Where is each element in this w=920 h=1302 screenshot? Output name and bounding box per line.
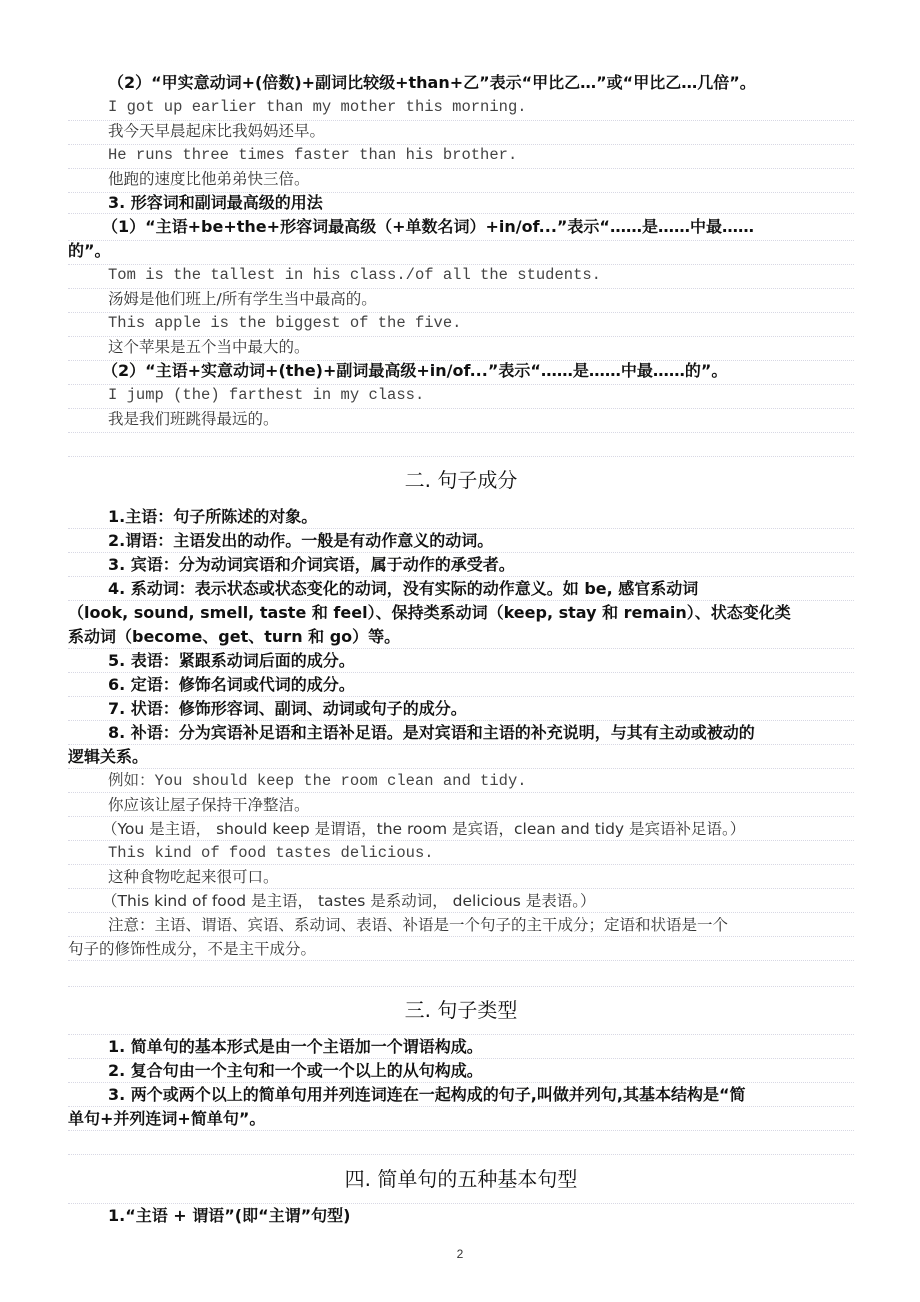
- rule-line: [68, 960, 854, 961]
- section-title: 二. 句子成分: [68, 466, 854, 494]
- example-sentence-cn: 这种食物吃起来很可口。: [68, 866, 854, 888]
- rule-heading: （2）“甲实意动词+(倍数)+副词比较级+than+乙”表示“甲比乙…”或“甲比…: [68, 72, 854, 94]
- page-number: 2: [0, 1247, 920, 1261]
- example-analysis: （This kind of food 是主语， tastes 是系动词， del…: [68, 890, 854, 912]
- list-item: 3. 宾语：分为动词宾语和介词宾语，属于动作的承受者。: [68, 554, 854, 576]
- list-item: 2.谓语：主语发出的动作。一般是有动作意义的动词。: [68, 530, 854, 552]
- example-sentence-en: This kind of food tastes delicious.: [68, 842, 854, 864]
- rule-line: [68, 840, 854, 841]
- rule-line: [68, 456, 854, 457]
- rule-line: [68, 552, 854, 553]
- rule-line: [68, 816, 854, 817]
- example-sentence-en: 例如：You should keep the room clean and ti…: [68, 770, 854, 792]
- document-page: （2）“甲实意动词+(倍数)+副词比较级+than+乙”表示“甲比乙…”或“甲比…: [0, 0, 920, 1302]
- rule-line: [68, 864, 854, 865]
- example-sentence-cn: 我今天早晨起床比我妈妈还早。: [68, 120, 854, 142]
- list-item-cont: 逻辑关系。: [68, 746, 854, 768]
- list-item: 3. 两个或两个以上的简单句用并列连词连在一起构成的句子,叫做并列句,其基本结构…: [68, 1084, 854, 1106]
- example-sentence-en: I jump (the) farthest in my class.: [68, 384, 854, 406]
- rule-line: [68, 936, 854, 937]
- section-title: 四. 简单句的五种基本句型: [68, 1165, 854, 1193]
- rule-line: [68, 888, 854, 889]
- rule-line: [68, 648, 854, 649]
- rule-line: [68, 792, 854, 793]
- rule-heading-cont: 的”。: [68, 240, 854, 262]
- rule-line: [68, 1058, 854, 1059]
- example-sentence-en: This apple is the biggest of the five.: [68, 312, 854, 334]
- rule-heading: （2）“主语+实意动词+(the)+副词最高级+in/of...”表示“……是……: [68, 360, 854, 382]
- rule-line: [68, 720, 854, 721]
- rule-line: [68, 576, 854, 577]
- list-item-cont: 单句+并列连词+简单句”。: [68, 1108, 854, 1130]
- rule-line: [68, 600, 854, 601]
- example-sentence-cn: 我是我们班跳得最远的。: [68, 408, 854, 430]
- example-sentence-cn: 他跑的速度比他弟弟快三倍。: [68, 168, 854, 190]
- rule-line: [68, 432, 854, 433]
- list-item: 8. 补语：分为宾语补足语和主语补足语。是对宾语和主语的补充说明，与其有主动或被…: [68, 722, 854, 744]
- rule-line: [68, 744, 854, 745]
- list-item: 1.主语：句子所陈述的对象。: [68, 506, 854, 528]
- list-item: 5. 表语：紧跟系动词后面的成分。: [68, 650, 854, 672]
- list-item: 7. 状语：修饰形容词、副词、动词或句子的成分。: [68, 698, 854, 720]
- example-sentence-en: I got up earlier than my mother this mor…: [68, 96, 854, 118]
- list-item: 2. 复合句由一个主句和一个或一个以上的从句构成。: [68, 1060, 854, 1082]
- list-item-cont: 系动词（become、get、turn 和 go）等。: [68, 626, 854, 648]
- example-analysis: （You 是主语， should keep 是谓语，the room 是宾语，c…: [68, 818, 854, 840]
- rule-line: [68, 1106, 854, 1107]
- example-sentence-cn: 汤姆是他们班上/所有学生当中最高的。: [68, 288, 854, 310]
- note: 注意：主语、谓语、宾语、系动词、表语、补语是一个句子的主干成分；定语和状语是一个: [68, 914, 854, 936]
- list-item: 4. 系动词：表示状态或状态变化的动词，没有实际的动作意义。如 be, 感官系动…: [68, 578, 854, 600]
- rule-line: [68, 1034, 854, 1035]
- list-item: 1.“主语 + 谓语”(即“主谓”句型): [68, 1205, 854, 1227]
- rule-line: [68, 696, 854, 697]
- rule-heading: （1）“主语+be+the+形容词最高级（+单数名词）+in/of...”表示“…: [68, 216, 854, 238]
- example-sentence-en: Tom is the tallest in his class./of all …: [68, 264, 854, 286]
- list-item: 6. 定语：修饰名词或代词的成分。: [68, 674, 854, 696]
- rule-line: [68, 528, 854, 529]
- rule-line: [68, 1082, 854, 1083]
- section-title: 三. 句子类型: [68, 996, 854, 1024]
- rule-line: [68, 986, 854, 987]
- rule-line: [68, 672, 854, 673]
- rule-line: [68, 1130, 854, 1131]
- rule-line: [68, 768, 854, 769]
- example-sentence-cn: 你应该让屋子保持干净整洁。: [68, 794, 854, 816]
- example-sentence-en: He runs three times faster than his brot…: [68, 144, 854, 166]
- rule-line: [68, 1203, 854, 1204]
- rule-line: [68, 912, 854, 913]
- list-item: 1. 简单句的基本形式是由一个主语加一个谓语构成。: [68, 1036, 854, 1058]
- rule-line: [68, 1154, 854, 1155]
- list-item-cont: （look, sound, smell, taste 和 feel）、保持类系动…: [68, 602, 854, 624]
- note-cont: 句子的修饰性成分，不是主干成分。: [68, 938, 854, 960]
- subsection-heading: 3. 形容词和副词最高级的用法: [68, 192, 854, 214]
- example-sentence-cn: 这个苹果是五个当中最大的。: [68, 336, 854, 358]
